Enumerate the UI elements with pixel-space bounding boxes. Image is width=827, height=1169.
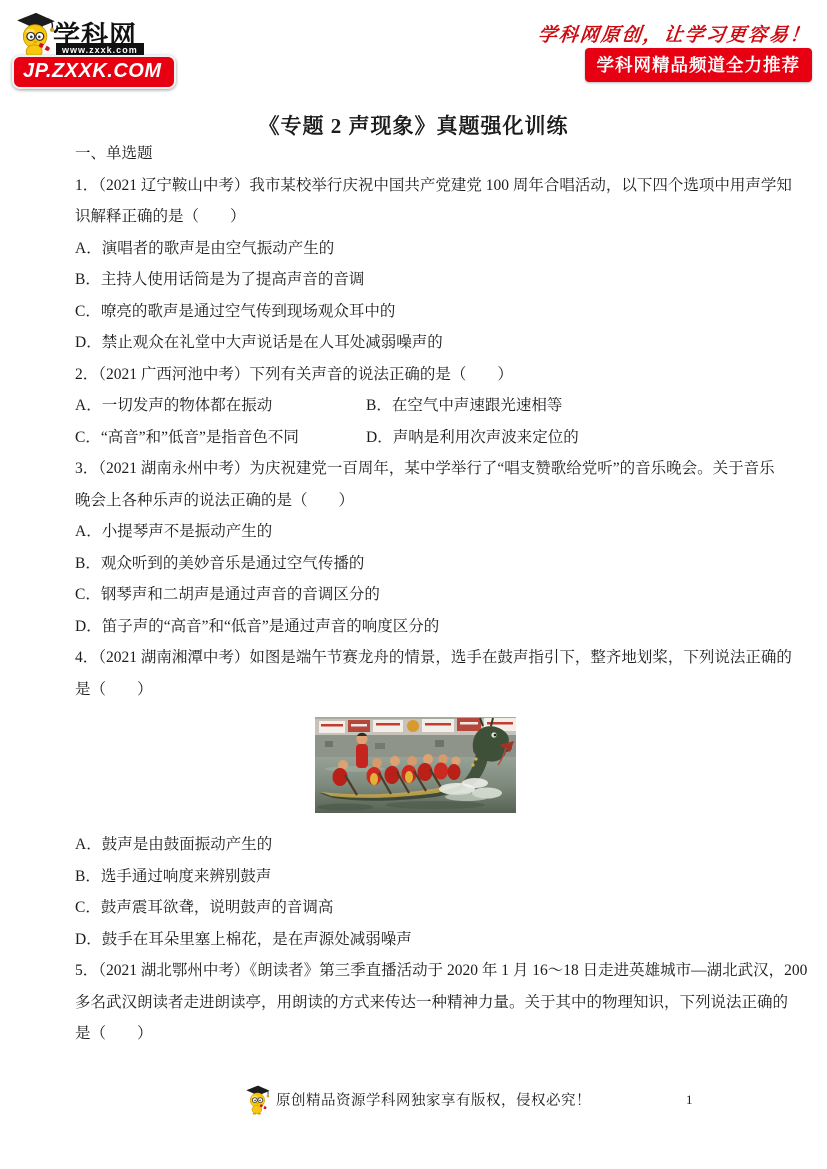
page-title: 《专题 2 声现象》真题强化训练: [0, 110, 827, 140]
question-2-option-a: A．一切发声的物体都在振动: [75, 390, 366, 422]
question-2-option-c: C．“高音”和”低音”是指音色不同: [75, 422, 366, 454]
question-1-option-c: C．嘹亮的歌声是通过空气传到现场观众耳中的: [75, 296, 756, 328]
jp-zxxk-badge: JP.ZXXK.COM: [12, 55, 176, 89]
question-4-stem-line-2: 是（ ）: [75, 674, 756, 706]
question-5-stem-line-2: 多名武汉朗读者走进朗读亭，用朗读的方式来传达一种精神力量。关于其中的物理知识，下…: [75, 987, 756, 1019]
question-3-option-c: C．钢琴声和二胡声是通过声音的音调区分的: [75, 579, 756, 611]
footer-mascot-icon: [244, 1078, 272, 1120]
question-1-option-b: B．主持人使用话筒是为了提高声音的音调: [75, 264, 756, 296]
copyright-notice: 原创精品资源学科网独家享有版权，侵权必究！: [276, 1089, 591, 1110]
question-4-figure: [75, 717, 756, 813]
question-4-stem-line-1: 4．（2021 湖南湘潭中考）如图是端午节赛龙舟的情景，选手在鼓声指引下，整齐地…: [75, 642, 756, 674]
question-5-stem-line-3: 是（ ）: [75, 1018, 756, 1050]
question-4-option-b: B．选手通过响度来辨别鼓声: [75, 861, 756, 893]
question-2-options-row-2: C．“高音”和”低音”是指音色不同 D．声呐是利用次声波来定位的: [75, 422, 756, 454]
question-1-option-d: D．禁止观众在礼堂中大声说话是在人耳处减弱噪声的: [75, 327, 756, 359]
question-1-stem-line-1: 1．（2021 辽宁鞍山中考）我市某校举行庆祝中国共产党建党 100 周年合唱活…: [75, 170, 756, 202]
question-3-option-d: D．笛子声的“高音”和“低音”是通过声音的响度区分的: [75, 611, 756, 643]
document-content: 一、单选题 1．（2021 辽宁鞍山中考）我市某校举行庆祝中国共产党建党 100…: [75, 138, 756, 1050]
question-1-option-a: A．演唱者的歌声是由空气振动产生的: [75, 233, 756, 265]
question-2-stem-line-1: 2．（2021 广西河池中考）下列有关声音的说法正确的是（ ）: [75, 359, 756, 391]
header-slogan: 学科网原创，让学习更容易！: [537, 20, 813, 47]
section-heading: 一、单选题: [75, 138, 756, 170]
question-2-option-d: D．声呐是利用次声波来定位的: [366, 422, 756, 454]
dragon-boat-photo: [315, 717, 516, 813]
promo-badge: 学科网精品频道全力推荐: [585, 48, 813, 82]
question-5-stem-line-1: 5．（2021 湖北鄂州中考）《朗读者》第三季直播活动于 2020 年 1 月 …: [75, 955, 756, 987]
question-4-option-a: A．鼓声是由鼓面振动产生的: [75, 829, 756, 861]
question-2-options-row-1: A．一切发声的物体都在振动 B．在空气中声速跟光速相等: [75, 390, 756, 422]
document-page: 学科网 www.zxxk.com JP.ZXXK.COM 学科网原创，让学习更容…: [0, 0, 827, 1169]
question-3-option-b: B．观众听到的美妙音乐是通过空气传播的: [75, 548, 756, 580]
question-3-stem-line-1: 3．（2021 湖南永州中考）为庆祝建党一百周年，某中学举行了“唱支赞歌给党听”…: [75, 453, 756, 485]
question-1-stem-line-2: 识解释正确的是（ ）: [75, 201, 756, 233]
question-2-option-b: B．在空气中声速跟光速相等: [366, 390, 756, 422]
question-4-option-d: D．鼓手在耳朵里塞上棉花，是在声源处减弱噪声: [75, 924, 756, 956]
question-4-option-c: C．鼓声震耳欲聋，说明鼓声的音调高: [75, 892, 756, 924]
question-3-option-a: A．小提琴声不是振动产生的: [75, 516, 756, 548]
page-number: 1: [686, 1092, 693, 1108]
footer: 原创精品资源学科网独家享有版权，侵权必究！: [244, 1078, 591, 1120]
question-3-stem-line-2: 晚会上各种乐声的说法正确的是（ ）: [75, 485, 756, 517]
